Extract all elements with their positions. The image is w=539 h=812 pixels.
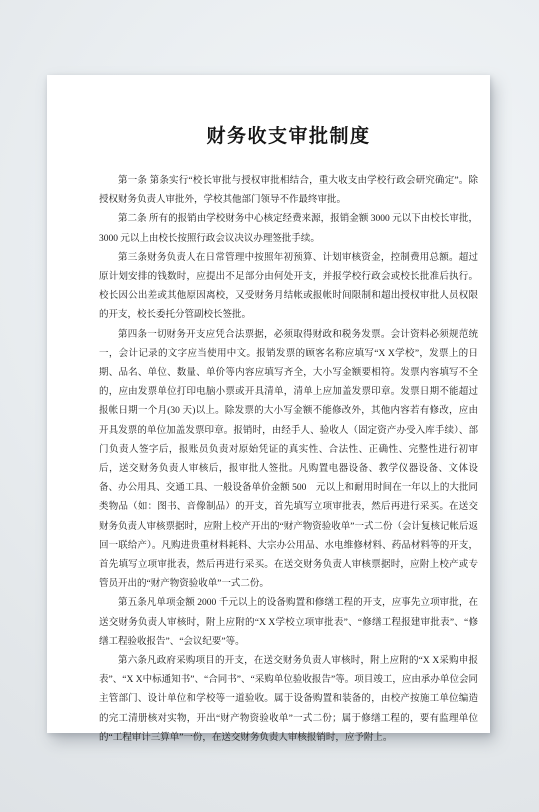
document-paragraph: 第四条一切财务开支应凭合法票据，必须取得财政和税务发票。会计资料必须规范统一，会… bbox=[99, 326, 478, 595]
document-preview-backdrop: 财务收支审批制度 第一条 第条实行“校长审批与授权审批相结合，重大收支由学校行政… bbox=[0, 0, 539, 812]
document-page: 财务收支审批制度 第一条 第条实行“校长审批与授权审批相结合，重大收支由学校行政… bbox=[47, 75, 490, 733]
document-body: 第一条 第条实行“校长审批与授权审批相结合，重大收支由学校行政会研究确定”。除授… bbox=[99, 172, 478, 748]
document-content: 财务收支审批制度 第一条 第条实行“校长审批与授权审批相结合，重大收支由学校行政… bbox=[47, 75, 490, 733]
document-paragraph: 第六条凡政府采购项目的开支，在送交财务负责人审核时，附上应附的“X X采购申报表… bbox=[99, 652, 478, 748]
document-paragraph: 第二条 所有的报销由学校财务中心核定经费来源，报销金额 3000 元以下由校长审… bbox=[99, 210, 478, 248]
document-paragraph: 第五条凡单项金额 2000 千元以上的设备购置和修缮工程的开支，应事先立项审批，… bbox=[99, 594, 478, 652]
document-title: 财务收支审批制度 bbox=[99, 124, 478, 150]
document-paragraph: 第三条财务负责人在日常管理中按照年初预算、计划审核资金，控制费用总额。超过原计划… bbox=[99, 249, 478, 326]
document-paragraph: 第一条 第条实行“校长审批与授权审批相结合，重大收支由学校行政会研究确定”。除授… bbox=[99, 172, 478, 210]
